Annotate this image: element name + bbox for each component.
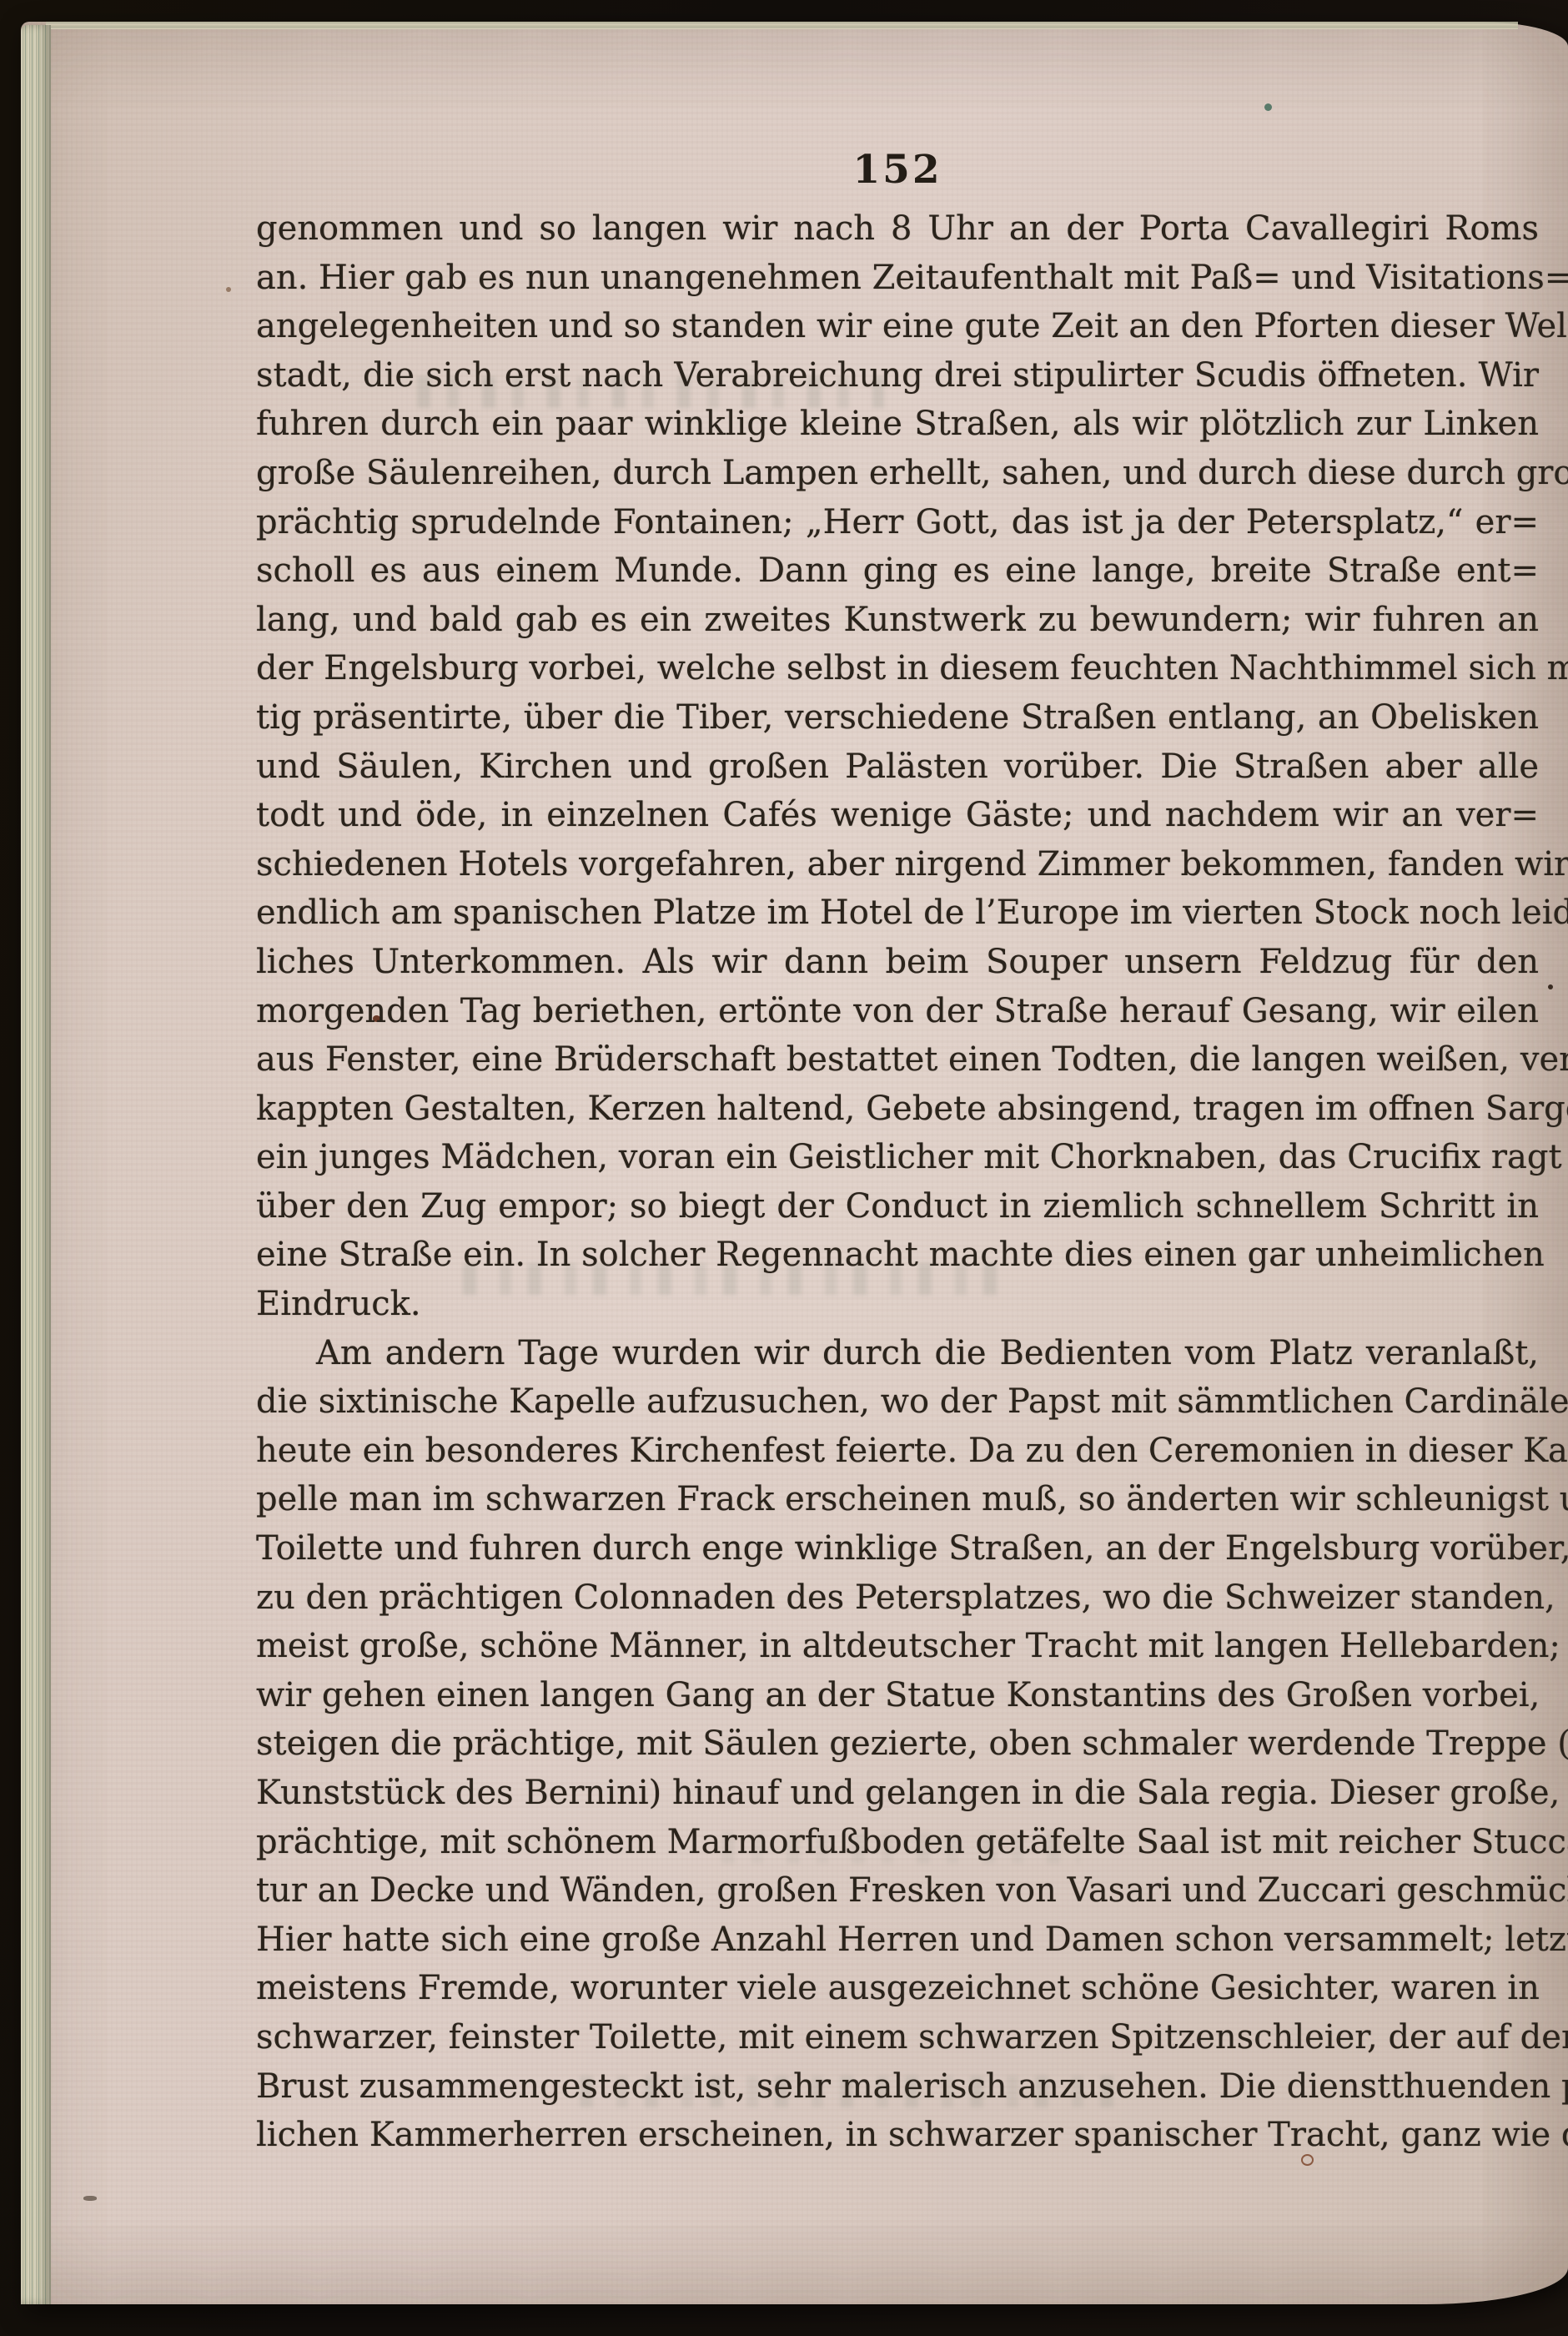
text-line: stadt, die sich erst nach Verabreichung …	[256, 351, 1539, 400]
text-line: aus Fenster, eine Brüderschaft bestattet…	[256, 1035, 1539, 1085]
text-line: kappten Gestalten, Kerzen haltend, Gebet…	[256, 1085, 1539, 1134]
page-edge-top	[46, 22, 1518, 29]
text-line: genommen und so langen wir nach 8 Uhr an…	[256, 204, 1539, 254]
text-line: scholl es aus einem Munde. Dann ging es …	[256, 546, 1539, 596]
text-line: Kunststück des Bernini) hinauf und gelan…	[256, 1769, 1539, 1818]
text-line: eine Straße ein. In solcher Regennacht m…	[256, 1231, 1539, 1280]
text-line: die sixtinische Kapelle aufzusuchen, wo …	[256, 1377, 1539, 1427]
paper-speck	[1548, 984, 1553, 989]
book-page: 152 genommen und so langen wir nach 8 Uh…	[21, 22, 1568, 2304]
text-line: ein junges Mädchen, voran ein Geistliche…	[256, 1133, 1539, 1182]
text-line: liches Unterkommen. Als wir dann beim So…	[256, 938, 1539, 987]
text-line: über den Zug empor; so biegt der Conduct…	[256, 1182, 1539, 1231]
text-line: prächtige, mit schönem Marmorfußboden ge…	[256, 1818, 1539, 1867]
body-text: genommen und so langen wir nach 8 Uhr an…	[256, 204, 1539, 2160]
page-number: 152	[256, 147, 1539, 193]
text-line: der Engelsburg vorbei, welche selbst in …	[256, 644, 1539, 693]
text-line: zu den prächtigen Colonnaden des Petersp…	[256, 1573, 1539, 1623]
text-line: prächtig sprudelnde Fontainen; „Herr Got…	[256, 498, 1539, 547]
text-line: morgenden Tag beriethen, ertönte von der…	[256, 987, 1539, 1036]
page-edge-left	[21, 25, 51, 2304]
text-line: wir gehen einen langen Gang an der Statu…	[256, 1671, 1539, 1720]
text-line: pelle man im schwarzen Frack erscheinen …	[256, 1475, 1539, 1524]
text-line-paragraph-end: Eindruck.	[256, 1280, 1539, 1329]
text-line: und Säulen, Kirchen und großen Palästen …	[256, 743, 1539, 792]
text-line: steigen die prächtige, mit Säulen gezier…	[256, 1719, 1539, 1769]
text-line: Brust zusammengesteckt ist, sehr maleris…	[256, 2062, 1539, 2112]
paper-speck	[226, 287, 231, 292]
text-line: tig präsentirte, über die Tiber, verschi…	[256, 693, 1539, 743]
text-line: fuhren durch ein paar winklige kleine St…	[256, 400, 1539, 449]
text-line-paragraph-start: Am andern Tage wurden wir durch die Bedi…	[256, 1329, 1539, 1378]
text-line: schwarzer, feinster Toilette, mit einem …	[256, 2013, 1539, 2062]
text-line: heute ein besonderes Kirchenfest feierte…	[256, 1427, 1539, 1476]
text-line: Hier hatte sich eine große Anzahl Herren…	[256, 1916, 1539, 1965]
text-line: lichen Kammerherren erscheinen, in schwa…	[256, 2111, 1539, 2160]
text-line: schiedenen Hotels vorgefahren, aber nirg…	[256, 840, 1539, 889]
text-line: angelegenheiten und so standen wir eine …	[256, 302, 1539, 351]
paper-speck	[83, 2196, 97, 2201]
text-line: große Säulenreihen, durch Lampen erhellt…	[256, 449, 1539, 498]
paper-speck	[1264, 103, 1272, 111]
text-line: endlich am spanischen Platze im Hotel de…	[256, 889, 1539, 938]
text-line: meistens Fremde, worunter viele ausgezei…	[256, 1964, 1539, 2013]
text-line: an. Hier gab es nun unangenehmen Zeitauf…	[256, 254, 1539, 303]
text-line: lang, und bald gab es ein zweites Kunstw…	[256, 596, 1539, 645]
text-line: Toilette und fuhren durch enge winklige …	[256, 1524, 1539, 1573]
text-line: todt und öde, in einzelnen Cafés wenige …	[256, 791, 1539, 840]
text-line: meist große, schöne Männer, in altdeutsc…	[256, 1622, 1539, 1671]
text-line: tur an Decke und Wänden, großen Fresken …	[256, 1866, 1539, 1916]
scanned-book-photo: { "page": { "number": "152", "colors": {…	[0, 0, 1568, 2336]
